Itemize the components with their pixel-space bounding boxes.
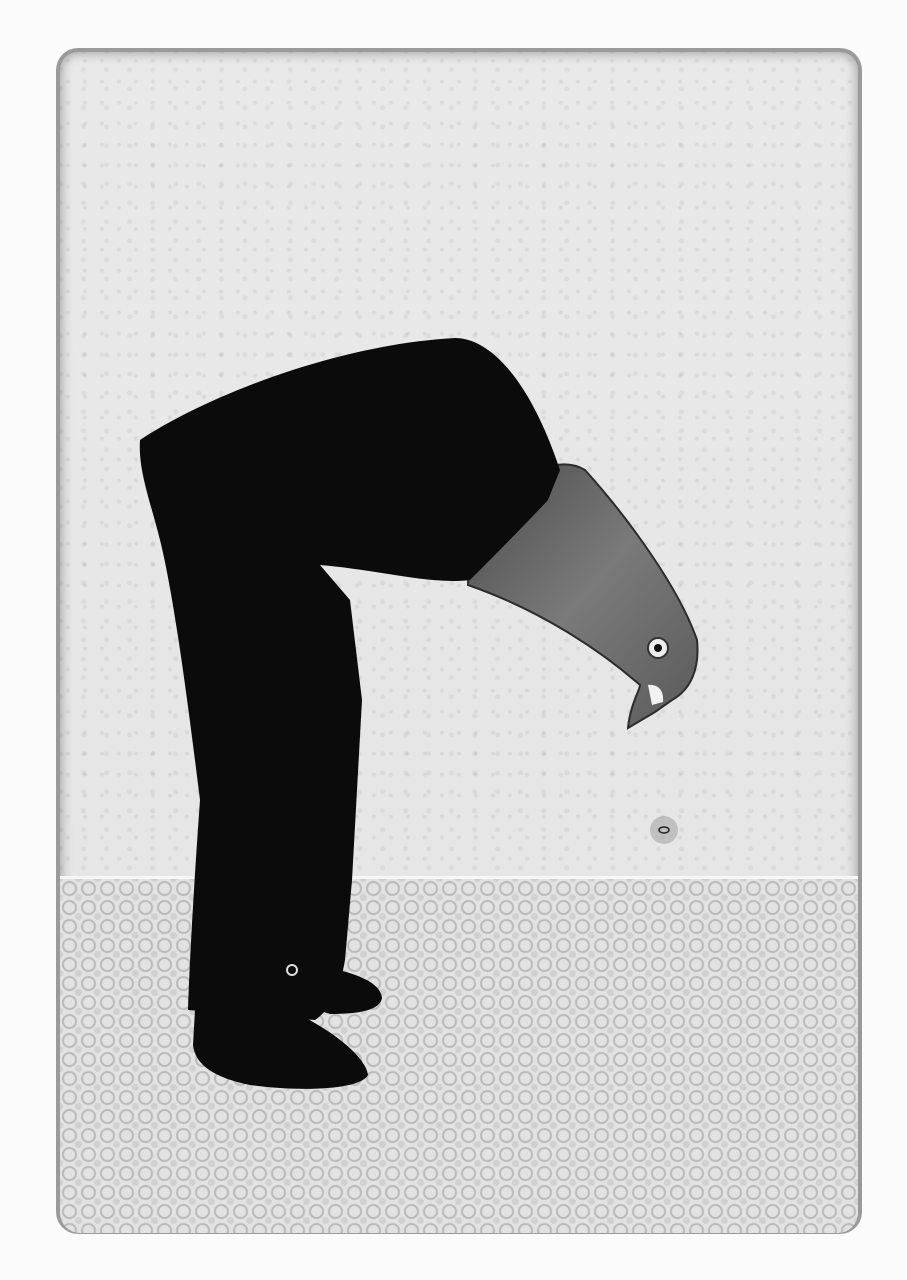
back-shoe [318, 965, 382, 1014]
wall-spot [650, 816, 678, 844]
trousers [140, 338, 560, 1020]
front-shoe [193, 1010, 368, 1089]
figure-illustration [0, 0, 907, 1280]
